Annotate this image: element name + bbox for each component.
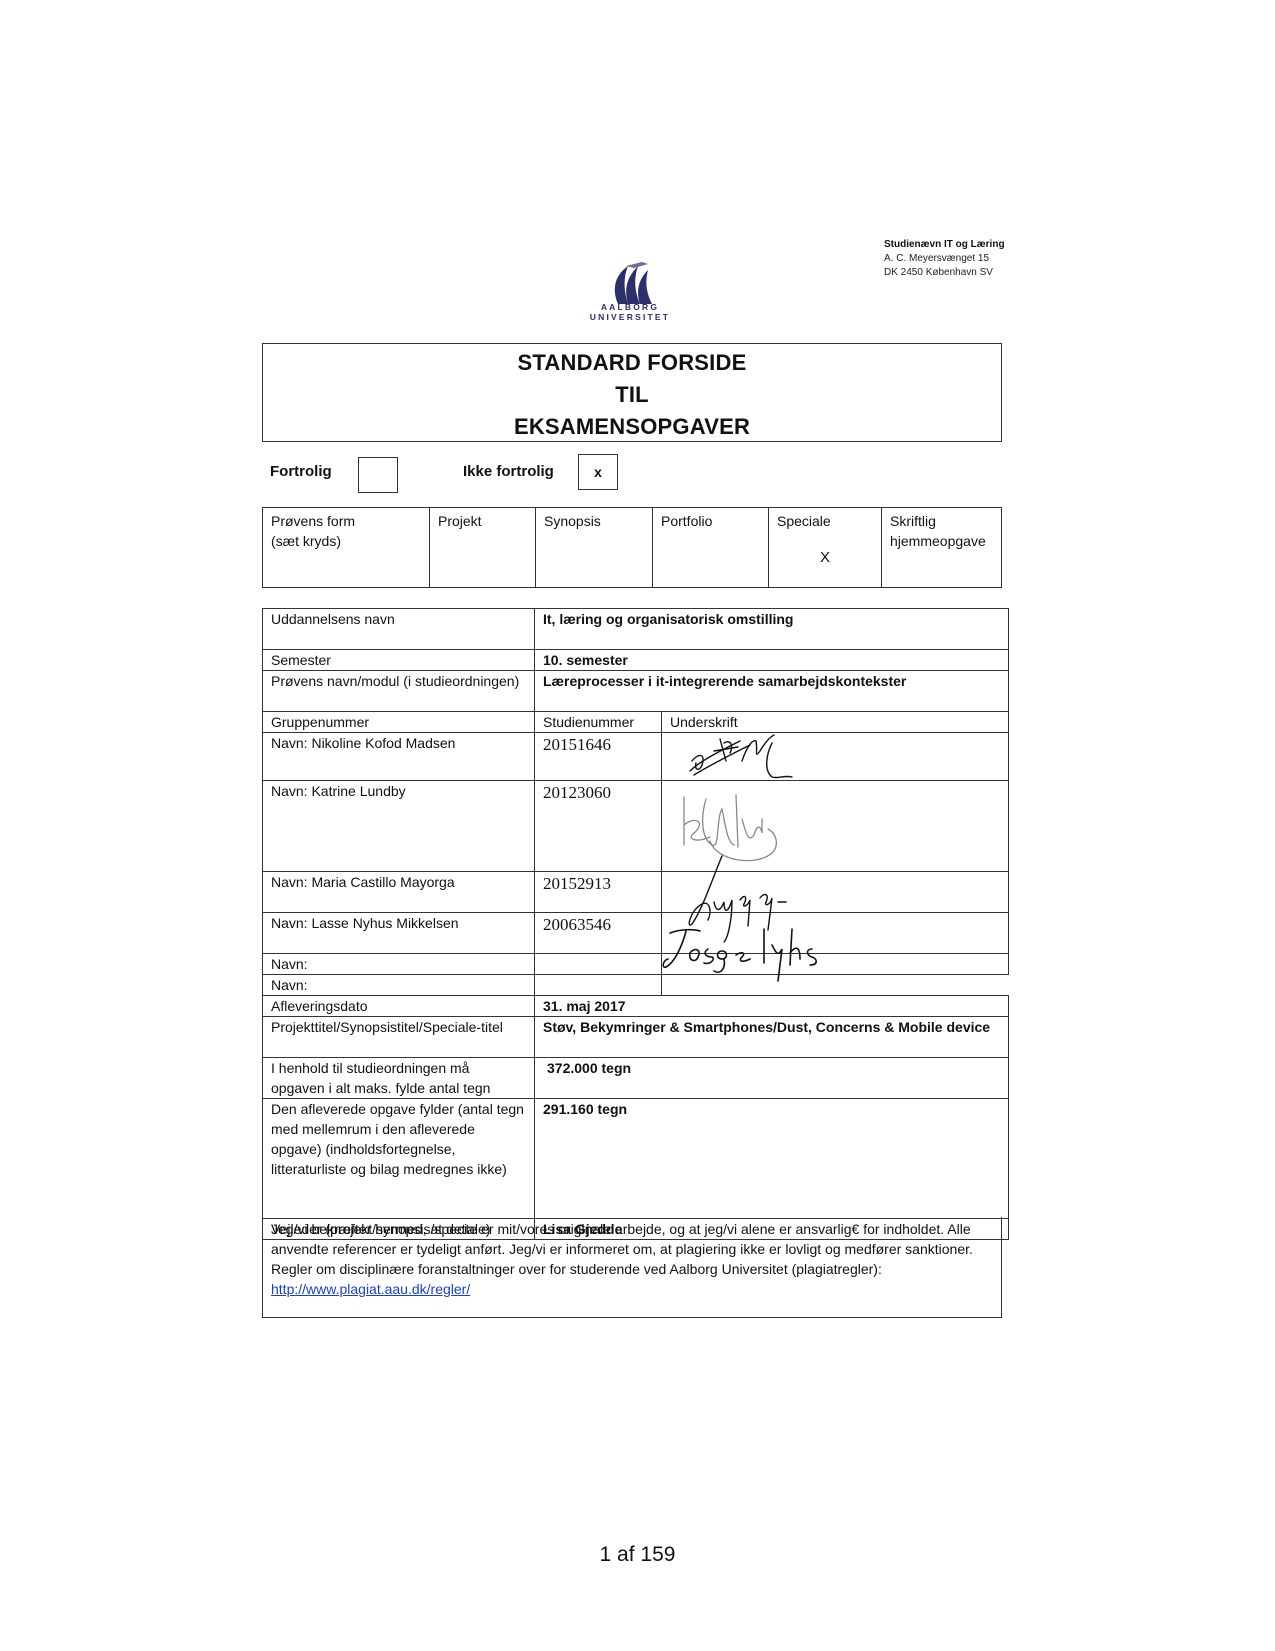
module-value: Læreprocesser i it-integrerende samarbej… <box>535 671 1009 712</box>
member-signature <box>662 872 1009 913</box>
address-street: A. C. Meyersvænget 15 <box>884 252 1005 266</box>
member-signature <box>662 975 1009 996</box>
form-option-speciale[interactable]: Speciale X <box>768 508 881 587</box>
module-label: Prøvens navn/modul (i studieordningen) <box>263 671 535 712</box>
member-name: Navn: <box>263 975 535 996</box>
logo-text: AALBORG UNIVERSITET <box>560 302 700 322</box>
form-option-skriftlig-hjemmeopgave[interactable]: Skriftlig hjemmeopgave <box>881 508 1001 587</box>
signature-header: Underskrift <box>662 712 1009 733</box>
table-row: Semester 10. semester <box>263 650 1009 671</box>
form-option-label: Projekt <box>438 511 527 531</box>
form-option-mark: X <box>769 548 881 568</box>
page-number: 1 af 159 <box>0 1543 1275 1567</box>
address-department: Studienævn IT og Læring <box>884 238 1005 252</box>
member-name: Navn: Lasse Nyhus Mikkelsen <box>263 913 535 954</box>
address-block: Studienævn IT og Læring A. C. Meyersvæng… <box>884 238 1005 280</box>
member-signature <box>662 733 1009 781</box>
delivery-date-value: 31. maj 2017 <box>535 996 1009 1017</box>
member-student-number: 20151646 <box>535 733 662 781</box>
form-option-label: Speciale <box>777 511 873 531</box>
delivery-date-label: Afleveringsdato <box>263 996 535 1017</box>
form-option-synopsis[interactable]: Synopsis <box>535 508 652 587</box>
actual-chars-value: 291.160 tegn <box>535 1099 1009 1219</box>
max-chars-value: 372.000 tegn <box>535 1058 1009 1099</box>
semester-label: Semester <box>263 650 535 671</box>
member-student-number <box>535 954 662 975</box>
form-type-row: Prøvens form (sæt kryds) Projekt Synopsi… <box>262 507 1002 588</box>
member-row: Navn: Katrine Lundby 20123060 <box>263 781 1009 872</box>
signature-1-icon <box>680 731 820 781</box>
details-table: Uddannelsens navn It, læring og organisa… <box>262 608 1009 1240</box>
project-title-label: Projekttitel/Synopsistitel/Speciale-tite… <box>263 1017 535 1058</box>
table-row: Gruppenummer Studienummer Underskrift <box>263 712 1009 733</box>
form-option-portfolio[interactable]: Portfolio <box>652 508 768 587</box>
actual-chars-label: Den afleverede opgave fylder (antal tegn… <box>263 1099 535 1219</box>
form-option-label: Synopsis <box>544 511 644 531</box>
signature-2-icon <box>676 789 806 874</box>
student-number-header: Studienummer <box>535 712 662 733</box>
member-row: Navn: Maria Castillo Mayorga 20152913 <box>263 872 1009 913</box>
member-name: Navn: Katrine Lundby <box>263 781 535 872</box>
title-line-3: EKSAMENSOPGAVER <box>263 411 1001 443</box>
member-student-number: 20063546 <box>535 913 662 954</box>
member-signature <box>662 913 1009 954</box>
address-city: DK 2450 København SV <box>884 266 1005 280</box>
member-row: Navn: Lasse Nyhus Mikkelsen 20063546 <box>263 913 1009 954</box>
ikke-fortrolig-checkbox[interactable]: x <box>578 454 618 490</box>
table-row: Prøvens navn/modul (i studieordningen) L… <box>263 671 1009 712</box>
max-chars-label: I henhold til studieordningen må opgaven… <box>263 1058 535 1099</box>
table-row: Den afleverede opgave fylder (antal tegn… <box>263 1099 1009 1219</box>
form-option-label: Portfolio <box>661 511 760 531</box>
semester-value: 10. semester <box>535 650 1009 671</box>
form-option-label: Skriftlig hjemmeopgave <box>890 511 980 551</box>
group-label: Gruppenummer <box>263 712 535 733</box>
declaration-text: Jeg/vi bekræfter hermed, at dette er mit… <box>271 1221 973 1277</box>
declaration-box: Jeg/vi bekræfter hermed, at dette er mit… <box>262 1217 1002 1318</box>
member-row: Navn: <box>263 975 1009 996</box>
form-type-label-line-1: Prøvens form <box>271 511 421 531</box>
table-row: Afleveringsdato 31. maj 2017 <box>263 996 1009 1017</box>
fortrolig-label: Fortrolig <box>270 463 332 480</box>
ikke-fortrolig-label: Ikke fortrolig <box>463 463 554 480</box>
table-row: Uddannelsens navn It, læring og organisa… <box>263 609 1009 650</box>
form-type-label-line-2: (sæt kryds) <box>271 531 421 551</box>
member-signature <box>662 781 1009 872</box>
member-name: Navn: <box>263 954 535 975</box>
title-line-1: STANDARD FORSIDE <box>263 347 1001 379</box>
member-row: Navn: <box>263 954 1009 975</box>
member-name: Navn: Maria Castillo Mayorga <box>263 872 535 913</box>
member-name: Navn: Nikoline Kofod Madsen <box>263 733 535 781</box>
member-student-number: 20123060 <box>535 781 662 872</box>
form-type-label: Prøvens form (sæt kryds) <box>263 508 429 587</box>
form-option-projekt[interactable]: Projekt <box>429 508 535 587</box>
project-title-value: Støv, Bekymringer & Smartphones/Dust, Co… <box>535 1017 1009 1058</box>
member-student-number <box>535 975 662 996</box>
table-row: Projekttitel/Synopsistitel/Speciale-tite… <box>263 1017 1009 1058</box>
education-value: It, læring og organisatorisk omstilling <box>535 609 1009 650</box>
table-row: I henhold til studieordningen må opgaven… <box>263 1058 1009 1099</box>
member-signature <box>662 954 1009 975</box>
title-line-2: TIL <box>263 379 1001 411</box>
fortrolig-checkbox[interactable] <box>358 457 398 493</box>
title-box: STANDARD FORSIDE TIL EKSAMENSOPGAVER <box>262 343 1002 442</box>
plagiarism-rules-link[interactable]: http://www.plagiat.aau.dk/regler/ <box>271 1281 470 1297</box>
member-student-number: 20152913 <box>535 872 662 913</box>
member-row: Navn: Nikoline Kofod Madsen 20151646 <box>263 733 1009 781</box>
education-label: Uddannelsens navn <box>263 609 535 650</box>
